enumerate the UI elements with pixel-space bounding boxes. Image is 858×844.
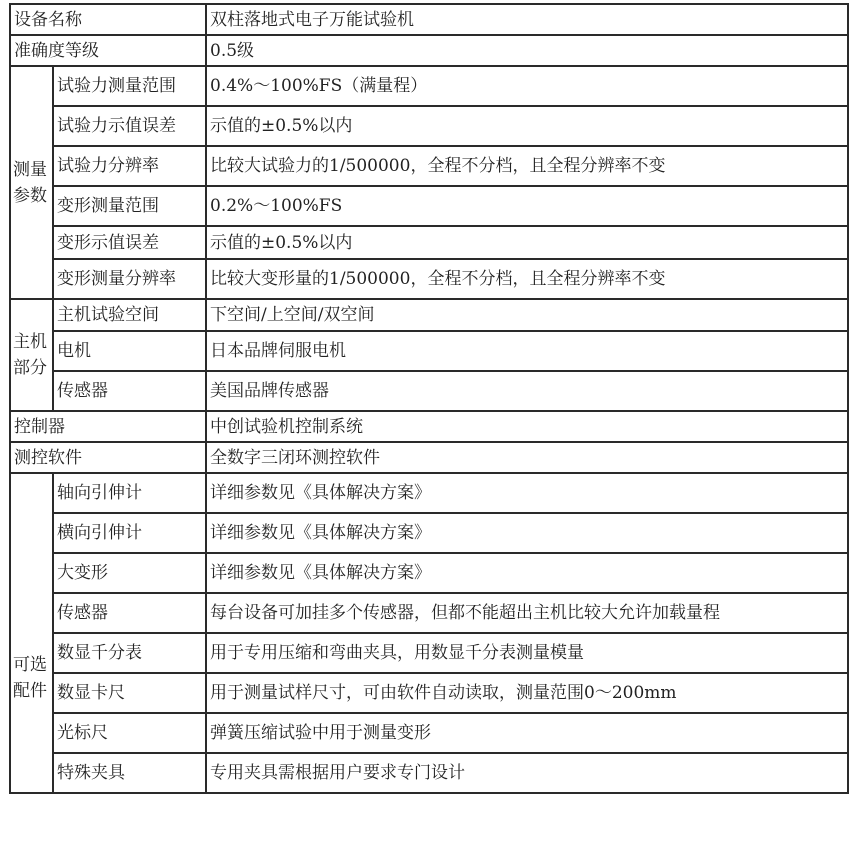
row-value: 弹簧压缩试验中用于测量变形: [206, 713, 848, 753]
row-label: 光标尺: [53, 713, 206, 753]
row-label: 测控软件: [10, 442, 206, 473]
row-label: 变形示值误差: [53, 226, 206, 259]
table-row-controller: 控制器 中创试验机控制系统: [10, 411, 848, 442]
table-row: 主机部分 主机试验空间 下空间/上空间/双空间: [10, 299, 848, 331]
row-label: 数显千分表: [53, 633, 206, 673]
row-value: 比较大变形量的1/500000，全程不分档，且全程分辨率不变: [206, 259, 848, 299]
row-value: 下空间/上空间/双空间: [206, 299, 848, 331]
row-value: 详细参数见《具体解决方案》: [206, 553, 848, 593]
row-label: 传感器: [53, 593, 206, 633]
table-row: 特殊夹具 专用夹具需根据用户要求专门设计: [10, 753, 848, 793]
row-value: 示值的±0.5%以内: [206, 106, 848, 146]
spec-table: 设备名称 双柱落地式电子万能试验机 准确度等级 0.5级 测量参数 试验力测量范…: [9, 3, 849, 794]
group-label-measurement: 测量参数: [10, 66, 53, 299]
row-value: 专用夹具需根据用户要求专门设计: [206, 753, 848, 793]
table-row: 横向引伸计 详细参数见《具体解决方案》: [10, 513, 848, 553]
row-value: 比较大试验力的1/500000，全程不分档，且全程分辨率不变: [206, 146, 848, 186]
row-value: 示值的±0.5%以内: [206, 226, 848, 259]
row-label: 试验力示值误差: [53, 106, 206, 146]
table-row-accuracy: 准确度等级 0.5级: [10, 35, 848, 66]
row-value: 美国品牌传感器: [206, 371, 848, 411]
table-row: 可选配件 轴向引伸计 详细参数见《具体解决方案》: [10, 473, 848, 513]
table-row: 数显卡尺 用于测量试样尺寸，可由软件自动读取，测量范围0～200mm: [10, 673, 848, 713]
row-label: 电机: [53, 331, 206, 371]
row-label: 传感器: [53, 371, 206, 411]
table-row: 传感器 每台设备可加挂多个传感器，但都不能超出主机比较大允许加载量程: [10, 593, 848, 633]
table-row-software: 测控软件 全数字三闭环测控软件: [10, 442, 848, 473]
row-value: 0.5级: [206, 35, 848, 66]
table-row: 变形测量分辨率 比较大变形量的1/500000，全程不分档，且全程分辨率不变: [10, 259, 848, 299]
row-label: 准确度等级: [10, 35, 206, 66]
row-label: 轴向引伸计: [53, 473, 206, 513]
table-row: 传感器 美国品牌传感器: [10, 371, 848, 411]
row-label: 变形测量范围: [53, 186, 206, 226]
row-value: 全数字三闭环测控软件: [206, 442, 848, 473]
table-row: 大变形 详细参数见《具体解决方案》: [10, 553, 848, 593]
table-row: 变形示值误差 示值的±0.5%以内: [10, 226, 848, 259]
table-row: 试验力示值误差 示值的±0.5%以内: [10, 106, 848, 146]
row-value: 用于专用压缩和弯曲夹具，用数显千分表测量模量: [206, 633, 848, 673]
row-value: 0.2%～100%FS: [206, 186, 848, 226]
table-row: 光标尺 弹簧压缩试验中用于测量变形: [10, 713, 848, 753]
table-row: 数显千分表 用于专用压缩和弯曲夹具，用数显千分表测量模量: [10, 633, 848, 673]
row-label: 变形测量分辨率: [53, 259, 206, 299]
table-row: 测量参数 试验力测量范围 0.4%～100%FS（满量程）: [10, 66, 848, 106]
table-row: 变形测量范围 0.2%～100%FS: [10, 186, 848, 226]
row-label: 试验力分辨率: [53, 146, 206, 186]
row-label: 主机试验空间: [53, 299, 206, 331]
row-label: 设备名称: [10, 4, 206, 35]
row-value: 0.4%～100%FS（满量程）: [206, 66, 848, 106]
row-value: 每台设备可加挂多个传感器，但都不能超出主机比较大允许加载量程: [206, 593, 848, 633]
row-label: 数显卡尺: [53, 673, 206, 713]
table-row: 试验力分辨率 比较大试验力的1/500000，全程不分档，且全程分辨率不变: [10, 146, 848, 186]
group-label-accessories: 可选配件: [10, 473, 53, 793]
row-label: 特殊夹具: [53, 753, 206, 793]
row-value: 日本品牌伺服电机: [206, 331, 848, 371]
row-value: 中创试验机控制系统: [206, 411, 848, 442]
row-label: 横向引伸计: [53, 513, 206, 553]
group-label-host: 主机部分: [10, 299, 53, 411]
row-value: 详细参数见《具体解决方案》: [206, 513, 848, 553]
row-label: 控制器: [10, 411, 206, 442]
table-row-device-name: 设备名称 双柱落地式电子万能试验机: [10, 4, 848, 35]
table-row: 电机 日本品牌伺服电机: [10, 331, 848, 371]
row-value: 用于测量试样尺寸，可由软件自动读取，测量范围0～200mm: [206, 673, 848, 713]
row-label: 大变形: [53, 553, 206, 593]
row-label: 试验力测量范围: [53, 66, 206, 106]
row-value: 双柱落地式电子万能试验机: [206, 4, 848, 35]
row-value: 详细参数见《具体解决方案》: [206, 473, 848, 513]
